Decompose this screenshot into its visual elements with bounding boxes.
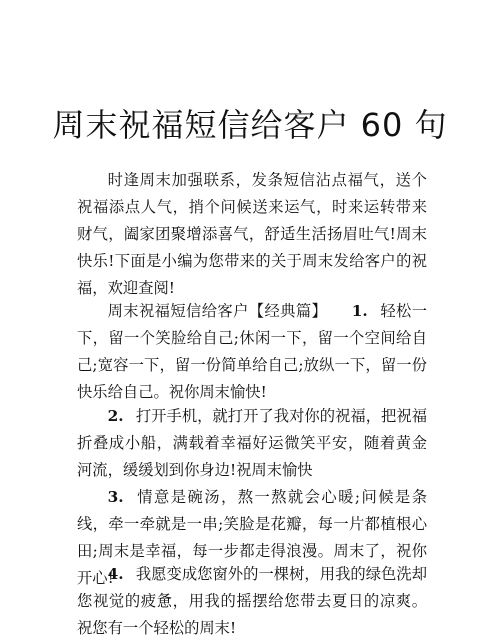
list-item: 2.打开手机，就打开了我对你的祝福，把祝福折叠成小船，满载着幸福好运微笑平安，随… xyxy=(77,403,427,484)
item-text: 打开手机，就打开了我对你的祝福，把祝福折叠成小船，满载着幸福好运微笑平安，随着黄… xyxy=(77,407,427,479)
section-heading: 周末祝福短信给客户【经典篇】 xyxy=(108,302,328,320)
item-number: 3. xyxy=(108,488,124,506)
classic-section-paragraph: 周末祝福短信给客户【经典篇】1.轻松一下，留一个笑脸给自己;休闲一下，留一个空间… xyxy=(77,298,427,406)
item-text: 我愿变成您窗外的一棵树，用我的绿色洗却您视觉的疲惫，用我的摇摆给您带去夏日的凉爽… xyxy=(77,565,427,636)
item-number: 1. xyxy=(352,302,368,320)
document-title: 周末祝福短信给客户 60 句 xyxy=(0,105,500,145)
list-item: 4.我愿变成您窗外的一棵树，用我的绿色洗却您视觉的疲惫，用我的摇摆给您带去夏日的… xyxy=(77,561,427,636)
item-number: 2. xyxy=(108,407,124,425)
intro-paragraph: 时逢周末加强联系，发条短信沾点福气，送个祝福添点人气，捎个问候送来运气，时来运转… xyxy=(77,167,427,302)
item-number: 4. xyxy=(108,565,124,583)
